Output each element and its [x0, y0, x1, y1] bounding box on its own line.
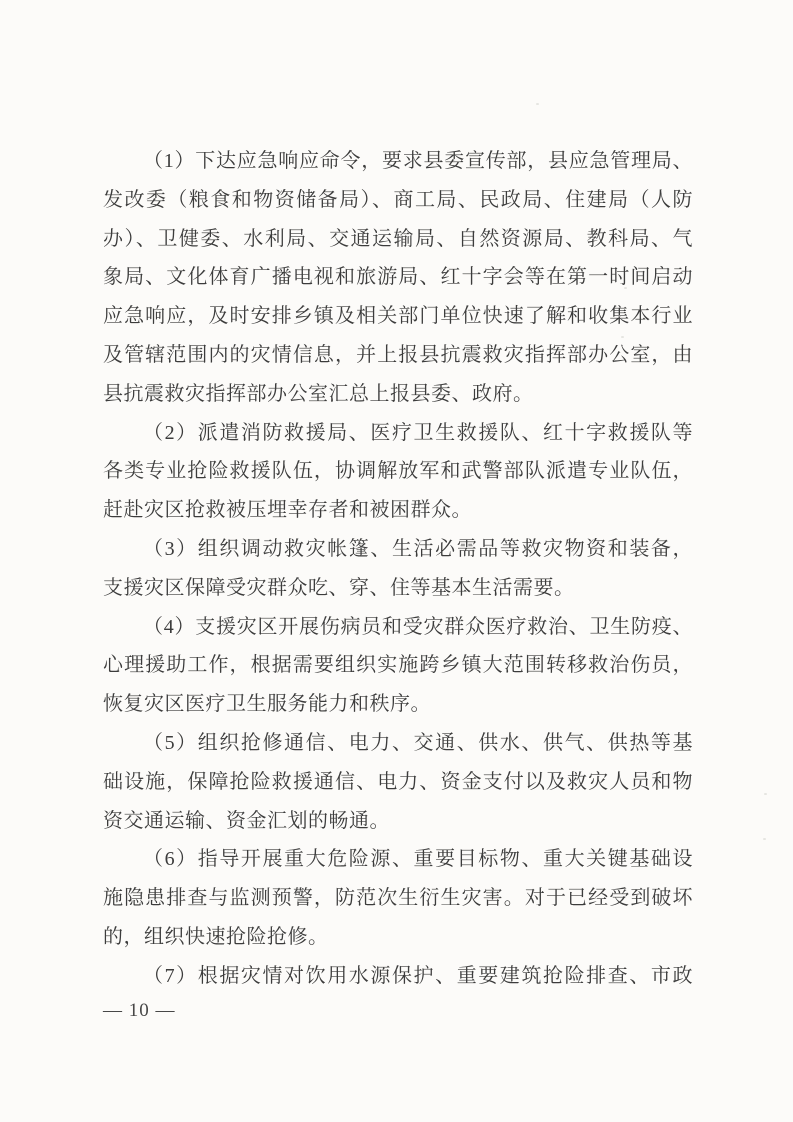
text-line: 支援灾区保障受灾群众吃、穿、住等基本生活需要。 — [103, 569, 693, 608]
text-line: 各类专业抢险救援队伍，协调解放军和武警部队派遣专业队伍， — [103, 452, 693, 491]
scan-artifact — [763, 838, 766, 840]
paragraph-5: （5）组织抢修通信、电力、交通、供水、供气、供热等基 础设施，保障抢险救援通信、… — [103, 724, 693, 840]
text-line: 及管辖范围内的灾情信息，并上报县抗震救灾指挥部办公室，由 — [103, 336, 693, 375]
text-line: 恢复灾区医疗卫生服务能力和秩序。 — [103, 685, 693, 724]
paragraph-2: （2）派遣消防救援局、医疗卫生救援队、红十字救援队等 各类专业抢险救援队伍，协调… — [103, 414, 693, 530]
document-body: （1）下达应急响应命令，要求县委宣传部，县应急管理局、 发改委（粮食和物资储备局… — [103, 142, 693, 996]
paragraph-7: （7）根据灾情对饮用水源保护、重要建筑抢险排查、市政 — [103, 957, 693, 996]
text-line: 应急响应，及时安排乡镇及相关部门单位快速了解和收集本行业 — [103, 297, 693, 336]
text-line: 发改委（粮食和物资储备局）、商工局、民政局、住建局（人防 — [103, 181, 693, 220]
text-line: （5）组织抢修通信、电力、交通、供水、供气、供热等基 — [103, 724, 693, 763]
text-line: （6）指导开展重大危险源、重要目标物、重大关键基础设 — [103, 840, 693, 879]
page-number: — 10 — — [103, 1000, 176, 1022]
text-line: 施隐患排查与监测预警，防范次生衍生灾害。对于已经受到破坏 — [103, 879, 693, 918]
text-line: （4）支援灾区开展伤病员和受灾群众医疗救治、卫生防疫、 — [103, 608, 693, 647]
text-line: 资交通运输、资金汇划的畅通。 — [103, 802, 693, 841]
paragraph-4: （4）支援灾区开展伤病员和受灾群众医疗救治、卫生防疫、 心理援助工作，根据需要组… — [103, 608, 693, 724]
text-line: （3）组织调动救灾帐篷、生活必需品等救灾物资和装备， — [103, 530, 693, 569]
text-line: 象局、文化体育广播电视和旅游局、红十字会等在第一时间启动 — [103, 258, 693, 297]
text-line: 础设施，保障抢险救援通信、电力、资金支付以及救灾人员和物 — [103, 763, 693, 802]
scan-artifact — [536, 103, 539, 105]
text-line: 办）、卫健委、水利局、交通运输局、自然资源局、教科局、气 — [103, 220, 693, 259]
text-line: （1）下达应急响应命令，要求县委宣传部，县应急管理局、 — [103, 142, 693, 181]
paragraph-6: （6）指导开展重大危险源、重要目标物、重大关键基础设 施隐患排查与监测预警，防范… — [103, 840, 693, 956]
paragraph-1: （1）下达应急响应命令，要求县委宣传部，县应急管理局、 发改委（粮食和物资储备局… — [103, 142, 693, 414]
text-line: 的，组织快速抢险抢修。 — [103, 918, 693, 957]
text-line: 心理援助工作，根据需要组织实施跨乡镇大范围转移救治伤员， — [103, 646, 693, 685]
text-line: 赶赴灾区抢救被压埋幸存者和被困群众。 — [103, 491, 693, 530]
text-line: 县抗震救灾指挥部办公室汇总上报县委、政府。 — [103, 375, 693, 414]
text-line: （7）根据灾情对饮用水源保护、重要建筑抢险排查、市政 — [103, 957, 693, 996]
scan-artifact — [764, 793, 767, 795]
document-page: （1）下达应急响应命令，要求县委宣传部，县应急管理局、 发改委（粮食和物资储备局… — [0, 0, 793, 1122]
paragraph-3: （3）组织调动救灾帐篷、生活必需品等救灾物资和装备， 支援灾区保障受灾群众吃、穿… — [103, 530, 693, 608]
text-line: （2）派遣消防救援局、医疗卫生救援队、红十字救援队等 — [103, 414, 693, 453]
